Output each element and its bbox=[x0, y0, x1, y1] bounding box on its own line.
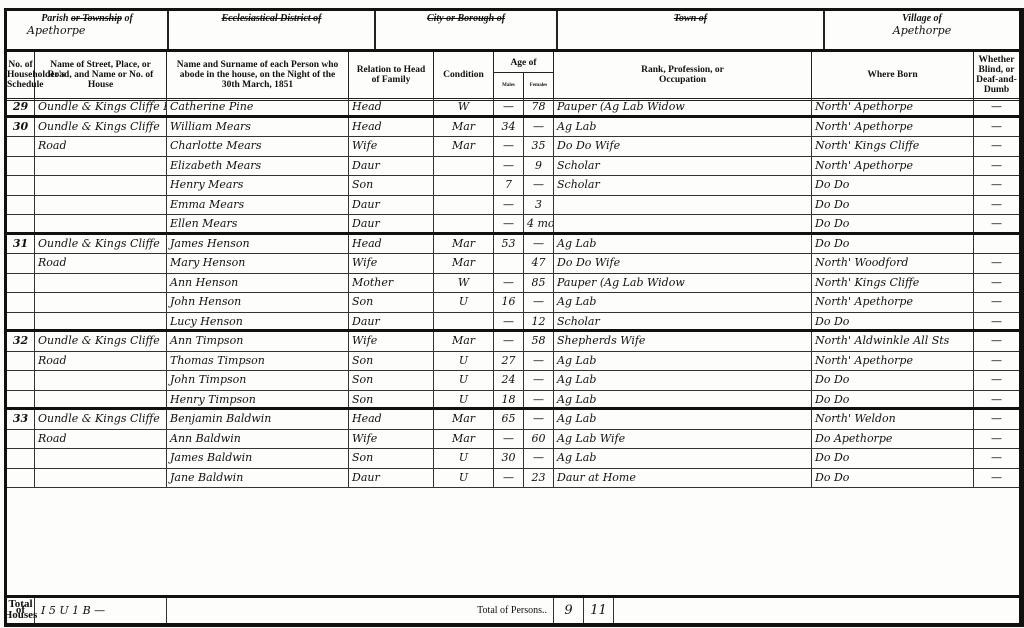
cell-relation: Daur bbox=[349, 313, 434, 330]
cell-street bbox=[35, 449, 167, 468]
census-rows: 29Oundle & Kings Cliffe RoadCatherine Pi… bbox=[7, 98, 1019, 488]
table-row: Elizabeth MearsDaur—9ScholarNorth' Apeth… bbox=[7, 157, 1019, 177]
cell-blind: — bbox=[974, 254, 1019, 273]
cell-condition: W bbox=[434, 274, 494, 293]
cell-birthplace: North' Weldon bbox=[812, 410, 974, 429]
cell-schedule bbox=[7, 449, 35, 468]
cell-age-female: 78 bbox=[524, 98, 554, 115]
cell-person-name: James Henson bbox=[167, 235, 349, 254]
cell-person-name: Emma Mears bbox=[167, 196, 349, 215]
cell-birthplace: Do Do bbox=[812, 176, 974, 195]
cell-birthplace: North' Aldwinkle All Sts bbox=[812, 332, 974, 351]
cell-condition: Mar bbox=[434, 410, 494, 429]
col-blind: Whether Blind, or Deaf-and-Dumb bbox=[974, 52, 1019, 98]
cell-condition: U bbox=[434, 449, 494, 468]
cell-schedule: 29 bbox=[7, 98, 35, 115]
cell-blind: — bbox=[974, 157, 1019, 176]
cell-person-name: William Mears bbox=[167, 118, 349, 137]
cell-age-male: 30 bbox=[494, 449, 524, 468]
cell-blind: — bbox=[974, 293, 1019, 312]
cell-age-male: — bbox=[494, 98, 524, 115]
table-row: 31Oundle & Kings CliffeJames HensonHeadM… bbox=[7, 235, 1019, 255]
cell-schedule bbox=[7, 254, 35, 273]
cell-birthplace: Do Do bbox=[812, 469, 974, 488]
cell-schedule: 30 bbox=[7, 118, 35, 137]
col-born: Where Born bbox=[812, 52, 974, 98]
cell-age-female: 23 bbox=[524, 469, 554, 488]
cell-person-name: John Henson bbox=[167, 293, 349, 312]
cell-age-male: — bbox=[494, 274, 524, 293]
cell-condition: Mar bbox=[434, 235, 494, 254]
totals-footer: Total of Houses I 5 U 1 B — Total of Per… bbox=[7, 595, 1019, 623]
cell-schedule bbox=[7, 157, 35, 176]
cell-occupation: Pauper (Ag Lab Widow bbox=[554, 98, 812, 115]
cell-condition bbox=[434, 215, 494, 232]
cell-blind: — bbox=[974, 352, 1019, 371]
cell-person-name: Elizabeth Mears bbox=[167, 157, 349, 176]
cell-blind: — bbox=[974, 274, 1019, 293]
table-row: John HensonSonU16—Ag LabNorth' Apethorpe… bbox=[7, 293, 1019, 313]
cell-birthplace: North' Apethorpe bbox=[812, 157, 974, 176]
village-field: Village of Apethorpe bbox=[825, 11, 1019, 49]
cell-person-name: Ann Baldwin bbox=[167, 430, 349, 449]
cell-blind: — bbox=[974, 391, 1019, 408]
cell-schedule bbox=[7, 469, 35, 488]
cell-street: Oundle & Kings Cliffe bbox=[35, 332, 167, 351]
cell-age-female: — bbox=[524, 410, 554, 429]
cell-condition: U bbox=[434, 391, 494, 408]
cell-birthplace: North' Apethorpe bbox=[812, 98, 974, 115]
cell-condition: Mar bbox=[434, 430, 494, 449]
cell-occupation: Do Do Wife bbox=[554, 137, 812, 156]
cell-blind bbox=[974, 235, 1019, 254]
females-total: 11 bbox=[584, 598, 614, 623]
table-row: Emma MearsDaur—3Do Do— bbox=[7, 196, 1019, 216]
cell-age-male: — bbox=[494, 196, 524, 215]
cell-age-male: — bbox=[494, 332, 524, 351]
cell-schedule: 32 bbox=[7, 332, 35, 351]
persons-label: Total of Persons.. bbox=[167, 598, 554, 623]
cell-schedule bbox=[7, 196, 35, 215]
cell-street: Road bbox=[35, 137, 167, 156]
cell-blind: — bbox=[974, 332, 1019, 351]
cell-person-name: James Baldwin bbox=[167, 449, 349, 468]
cell-relation: Son bbox=[349, 293, 434, 312]
cell-birthplace: North' Kings Cliffe bbox=[812, 137, 974, 156]
col-schedule: No. of Householder's Schedule bbox=[7, 52, 35, 98]
cell-age-female: — bbox=[524, 371, 554, 390]
column-header: No. of Householder's Schedule Name of St… bbox=[7, 52, 1019, 101]
cell-age-female: 35 bbox=[524, 137, 554, 156]
cell-schedule: 33 bbox=[7, 410, 35, 429]
cell-age-male bbox=[494, 254, 524, 273]
cell-street: Road bbox=[35, 352, 167, 371]
cell-condition: Mar bbox=[434, 332, 494, 351]
cell-birthplace: Do Do bbox=[812, 391, 974, 408]
census-sheet: Parish or Township of Apethorpe Ecclesia… bbox=[4, 8, 1024, 627]
cell-age-male: — bbox=[494, 137, 524, 156]
cell-street: Oundle & Kings Cliffe bbox=[35, 118, 167, 137]
cell-age-female: — bbox=[524, 293, 554, 312]
cell-street bbox=[35, 293, 167, 312]
ecclesiastical-field: Ecclesiastical District of bbox=[169, 11, 376, 49]
cell-schedule bbox=[7, 176, 35, 195]
cell-age-female: — bbox=[524, 118, 554, 137]
cell-blind: — bbox=[974, 313, 1019, 330]
cell-age-female: — bbox=[524, 391, 554, 408]
cell-relation: Son bbox=[349, 352, 434, 371]
table-row: 30Oundle & Kings CliffeWilliam MearsHead… bbox=[7, 118, 1019, 138]
cell-age-male: — bbox=[494, 157, 524, 176]
cell-occupation: Ag Lab bbox=[554, 118, 812, 137]
cell-age-male: 53 bbox=[494, 235, 524, 254]
cell-relation: Daur bbox=[349, 469, 434, 488]
cell-condition: W bbox=[434, 98, 494, 115]
cell-relation: Wife bbox=[349, 332, 434, 351]
table-row: 33Oundle & Kings CliffeBenjamin BaldwinH… bbox=[7, 410, 1019, 430]
cell-blind: — bbox=[974, 430, 1019, 449]
cell-person-name: Ellen Mears bbox=[167, 215, 349, 232]
cell-street bbox=[35, 313, 167, 330]
cell-blind: — bbox=[974, 137, 1019, 156]
cell-occupation bbox=[554, 215, 812, 232]
cell-blind: — bbox=[974, 98, 1019, 115]
cell-occupation: Pauper (Ag Lab Widow bbox=[554, 274, 812, 293]
cell-street: Road bbox=[35, 254, 167, 273]
cell-occupation: Ag Lab bbox=[554, 391, 812, 408]
col-relation: Relation to Head of Family bbox=[349, 52, 434, 98]
cell-condition: U bbox=[434, 293, 494, 312]
table-row: Henry MearsSon7—ScholarDo Do— bbox=[7, 176, 1019, 196]
cell-occupation bbox=[554, 196, 812, 215]
cell-age-female: — bbox=[524, 449, 554, 468]
table-row: 29Oundle & Kings Cliffe RoadCatherine Pi… bbox=[7, 98, 1019, 118]
title-band: Parish or Township of Apethorpe Ecclesia… bbox=[7, 11, 1019, 52]
cell-person-name: Thomas Timpson bbox=[167, 352, 349, 371]
cell-age-female: — bbox=[524, 176, 554, 195]
cell-schedule bbox=[7, 352, 35, 371]
cell-occupation: Ag Lab bbox=[554, 371, 812, 390]
cell-condition bbox=[434, 196, 494, 215]
cell-blind: — bbox=[974, 449, 1019, 468]
cell-relation: Head bbox=[349, 98, 434, 115]
cell-condition bbox=[434, 157, 494, 176]
cell-relation: Son bbox=[349, 391, 434, 408]
cell-street: Oundle & Kings Cliffe Road bbox=[35, 98, 167, 115]
cell-schedule bbox=[7, 430, 35, 449]
cell-street bbox=[35, 469, 167, 488]
town-label: Town of bbox=[558, 13, 823, 24]
city-field: City or Borough of bbox=[376, 11, 558, 49]
cell-occupation: Scholar bbox=[554, 313, 812, 330]
cell-birthplace: Do Do bbox=[812, 449, 974, 468]
col-age: Age of Males Females bbox=[494, 52, 554, 98]
cell-relation: Son bbox=[349, 449, 434, 468]
cell-occupation: Ag Lab bbox=[554, 293, 812, 312]
cell-blind: — bbox=[974, 371, 1019, 390]
cell-age-female: 85 bbox=[524, 274, 554, 293]
ecclesiastical-label: Ecclesiastical District of bbox=[169, 13, 374, 24]
cell-age-male: 18 bbox=[494, 391, 524, 408]
cell-birthplace: Do Do bbox=[812, 371, 974, 390]
parish-value: Apethorpe bbox=[7, 24, 167, 37]
cell-condition: Mar bbox=[434, 137, 494, 156]
cell-relation: Son bbox=[349, 371, 434, 390]
cell-condition: U bbox=[434, 371, 494, 390]
cell-person-name: Catherine Pine bbox=[167, 98, 349, 115]
parish-field: Parish or Township of Apethorpe bbox=[7, 11, 169, 49]
cell-age-male: 24 bbox=[494, 371, 524, 390]
cell-birthplace: Do Do bbox=[812, 196, 974, 215]
cell-relation: Head bbox=[349, 118, 434, 137]
cell-relation: Daur bbox=[349, 215, 434, 232]
cell-age-female: 58 bbox=[524, 332, 554, 351]
cell-person-name: Benjamin Baldwin bbox=[167, 410, 349, 429]
cell-age-female: 4 mo bbox=[524, 215, 554, 232]
cell-age-male: 7 bbox=[494, 176, 524, 195]
cell-street bbox=[35, 157, 167, 176]
col-males: Males bbox=[494, 73, 524, 98]
cell-blind: — bbox=[974, 469, 1019, 488]
cell-blind: — bbox=[974, 215, 1019, 232]
cell-street: Road bbox=[35, 430, 167, 449]
cell-condition: U bbox=[434, 469, 494, 488]
cell-blind: — bbox=[974, 176, 1019, 195]
cell-occupation: Shepherds Wife bbox=[554, 332, 812, 351]
col-occupation: Rank, Profession, or Occupation bbox=[554, 52, 812, 98]
cell-street: Oundle & Kings Cliffe bbox=[35, 235, 167, 254]
cell-relation: Daur bbox=[349, 196, 434, 215]
table-row: RoadThomas TimpsonSonU27—Ag LabNorth' Ap… bbox=[7, 352, 1019, 372]
cell-relation: Wife bbox=[349, 137, 434, 156]
houses-value: I 5 U 1 B — bbox=[35, 598, 167, 623]
cell-age-female: 60 bbox=[524, 430, 554, 449]
cell-person-name: Henry Timpson bbox=[167, 391, 349, 408]
cell-occupation: Ag Lab bbox=[554, 410, 812, 429]
town-field: Town of bbox=[558, 11, 825, 49]
cell-schedule: 31 bbox=[7, 235, 35, 254]
cell-person-name: Ann Henson bbox=[167, 274, 349, 293]
col-condition: Condition bbox=[434, 52, 494, 98]
males-total: 9 bbox=[554, 598, 584, 623]
cell-person-name: Ann Timpson bbox=[167, 332, 349, 351]
cell-occupation: Ag Lab bbox=[554, 352, 812, 371]
cell-person-name: Charlotte Mears bbox=[167, 137, 349, 156]
cell-birthplace: Do Apethorpe bbox=[812, 430, 974, 449]
cell-occupation: Ag Lab bbox=[554, 235, 812, 254]
cell-age-female: 47 bbox=[524, 254, 554, 273]
cell-blind: — bbox=[974, 196, 1019, 215]
col-females: Females bbox=[524, 73, 553, 98]
cell-schedule bbox=[7, 137, 35, 156]
cell-relation: Wife bbox=[349, 254, 434, 273]
cell-birthplace: North' Woodford bbox=[812, 254, 974, 273]
cell-birthplace: North' Apethorpe bbox=[812, 118, 974, 137]
table-row: RoadMary HensonWifeMar47Do Do WifeNorth'… bbox=[7, 254, 1019, 274]
table-row: RoadAnn BaldwinWifeMar—60Ag Lab WifeDo A… bbox=[7, 430, 1019, 450]
cell-relation: Mother bbox=[349, 274, 434, 293]
cell-schedule bbox=[7, 274, 35, 293]
cell-street bbox=[35, 196, 167, 215]
cell-birthplace: North' Apethorpe bbox=[812, 352, 974, 371]
cell-schedule bbox=[7, 215, 35, 232]
cell-person-name: Jane Baldwin bbox=[167, 469, 349, 488]
cell-age-female: — bbox=[524, 235, 554, 254]
table-row: 32Oundle & Kings CliffeAnn TimpsonWifeMa… bbox=[7, 332, 1019, 352]
cell-schedule bbox=[7, 371, 35, 390]
cell-age-male: 27 bbox=[494, 352, 524, 371]
table-row: RoadCharlotte MearsWifeMar—35Do Do WifeN… bbox=[7, 137, 1019, 157]
cell-age-male: 65 bbox=[494, 410, 524, 429]
cell-birthplace: Do Do bbox=[812, 215, 974, 232]
cell-person-name: Mary Henson bbox=[167, 254, 349, 273]
cell-age-male: — bbox=[494, 469, 524, 488]
cell-street bbox=[35, 274, 167, 293]
cell-person-name: John Timpson bbox=[167, 371, 349, 390]
table-row: Henry TimpsonSonU18—Ag LabDo Do— bbox=[7, 391, 1019, 411]
village-label: Village of bbox=[825, 13, 1019, 24]
cell-occupation: Ag Lab Wife bbox=[554, 430, 812, 449]
cell-occupation: Scholar bbox=[554, 157, 812, 176]
cell-street bbox=[35, 391, 167, 408]
cell-relation: Wife bbox=[349, 430, 434, 449]
cell-street bbox=[35, 176, 167, 195]
cell-blind: — bbox=[974, 410, 1019, 429]
cell-age-female: 12 bbox=[524, 313, 554, 330]
cell-age-female: 9 bbox=[524, 157, 554, 176]
cell-condition bbox=[434, 313, 494, 330]
table-row: Ellen MearsDaur—4 moDo Do— bbox=[7, 215, 1019, 235]
cell-condition: Mar bbox=[434, 118, 494, 137]
cell-age-male: — bbox=[494, 313, 524, 330]
cell-age-female: 3 bbox=[524, 196, 554, 215]
cell-schedule bbox=[7, 313, 35, 330]
cell-age-female: — bbox=[524, 352, 554, 371]
cell-relation: Son bbox=[349, 176, 434, 195]
cell-birthplace: Do Do bbox=[812, 235, 974, 254]
cell-birthplace: North' Kings Cliffe bbox=[812, 274, 974, 293]
cell-occupation: Scholar bbox=[554, 176, 812, 195]
cell-occupation: Daur at Home bbox=[554, 469, 812, 488]
cell-street: Oundle & Kings Cliffe bbox=[35, 410, 167, 429]
cell-age-male: 34 bbox=[494, 118, 524, 137]
cell-person-name: Henry Mears bbox=[167, 176, 349, 195]
cell-age-male: — bbox=[494, 215, 524, 232]
col-name: Name and Surname of each Person who abod… bbox=[167, 52, 349, 98]
cell-condition: Mar bbox=[434, 254, 494, 273]
village-value: Apethorpe bbox=[825, 24, 1019, 37]
cell-occupation: Do Do Wife bbox=[554, 254, 812, 273]
cell-age-male: 16 bbox=[494, 293, 524, 312]
cell-blind: — bbox=[974, 118, 1019, 137]
cell-condition bbox=[434, 176, 494, 195]
cell-relation: Head bbox=[349, 235, 434, 254]
table-row: James BaldwinSonU30—Ag LabDo Do— bbox=[7, 449, 1019, 469]
cell-schedule bbox=[7, 391, 35, 408]
cell-schedule bbox=[7, 293, 35, 312]
cell-age-male: — bbox=[494, 430, 524, 449]
cell-birthplace: North' Apethorpe bbox=[812, 293, 974, 312]
city-label: City or Borough of bbox=[376, 13, 556, 24]
col-age-label: Age of bbox=[494, 52, 553, 73]
table-row: Ann HensonMotherW—85Pauper (Ag Lab Widow… bbox=[7, 274, 1019, 294]
table-row: John TimpsonSonU24—Ag LabDo Do— bbox=[7, 371, 1019, 391]
cell-relation: Head bbox=[349, 410, 434, 429]
cell-street bbox=[35, 215, 167, 232]
table-row: Lucy HensonDaur—12ScholarDo Do— bbox=[7, 313, 1019, 333]
table-row: Jane BaldwinDaurU—23Daur at HomeDo Do— bbox=[7, 469, 1019, 489]
cell-birthplace: Do Do bbox=[812, 313, 974, 330]
parish-label: Parish or Township of bbox=[41, 13, 133, 24]
cell-occupation: Ag Lab bbox=[554, 449, 812, 468]
col-street: Name of Street, Place, or Road, and Name… bbox=[35, 52, 167, 98]
cell-street bbox=[35, 371, 167, 390]
cell-relation: Daur bbox=[349, 157, 434, 176]
houses-label: Total of Houses bbox=[7, 598, 35, 623]
cell-condition: U bbox=[434, 352, 494, 371]
cell-person-name: Lucy Henson bbox=[167, 313, 349, 330]
